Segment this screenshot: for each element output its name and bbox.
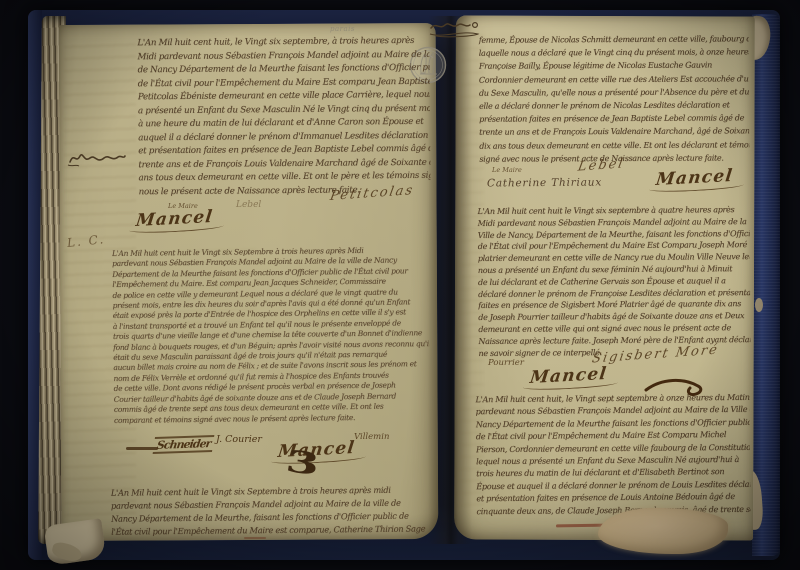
manuscript-line: Françoise Bailly, Épouse légitime de Nic… [479,59,749,74]
signature: J. Courier [216,434,262,445]
manuscript-line: du Sexe Masculin, qu'elle nous a présent… [479,85,749,100]
birth-record-more: L'An Mil huit cent huit le Vingt six sep… [477,204,750,359]
manuscript-line: ans tous deux demeurant en cette ville. … [138,170,430,186]
foundling-record-schneider: L'An Mil huit cent huit le Vingt six Sep… [112,245,430,426]
left-margin-scribble [66,144,128,170]
signature: Mancel [135,207,214,231]
signature: Mancel [529,364,608,388]
signature: Mancel [655,166,734,190]
signature-monogram: Schneider [153,435,215,454]
signature-declarant: Catherine Thiriaux [487,176,602,189]
right-top-annotation-scribble [428,18,482,40]
pencil-note: parais [330,25,355,33]
signature: Villemin [354,432,389,442]
signature: Lebel [236,200,261,210]
manuscript-line: Cordonnier demeurant en cette ville rue … [479,72,749,87]
manuscript-line: trente un ans et de François Louis Valde… [479,125,749,140]
cover-wear-fleck [755,298,763,312]
ink-arrow-flourish [644,376,706,400]
signature-title: Le Maire [492,166,522,174]
paper-stain [598,508,728,554]
ink-smear [244,537,266,539]
birth-record-pierson-partial: L'An Mil huit cent huit, le Vingt sept s… [475,391,750,517]
birth-record-thirion-partial: L'An Mil huit cent huit le Vingt six Sep… [111,483,430,538]
signature: Pourrier [488,358,524,368]
signature-paraph: 3 [283,444,321,483]
manuscript-line: laquelle nous a déclaré que le Vingt cin… [479,45,749,60]
birth-record-petitcolas: L'An Mil huit cent huit, le Vingt six se… [137,35,430,200]
archival-photo-scene: parais L. C. L'An Mil huit cent huit, le… [0,0,800,570]
manuscript-line: dix ans tous deux demeurant en cette vil… [479,138,749,153]
manuscript-line: femme, Épouse de Nicolas Schmitt demeura… [479,32,749,47]
birth-record-gauvin-continuation: femme, Épouse de Nicolas Schmitt demeura… [479,32,750,165]
